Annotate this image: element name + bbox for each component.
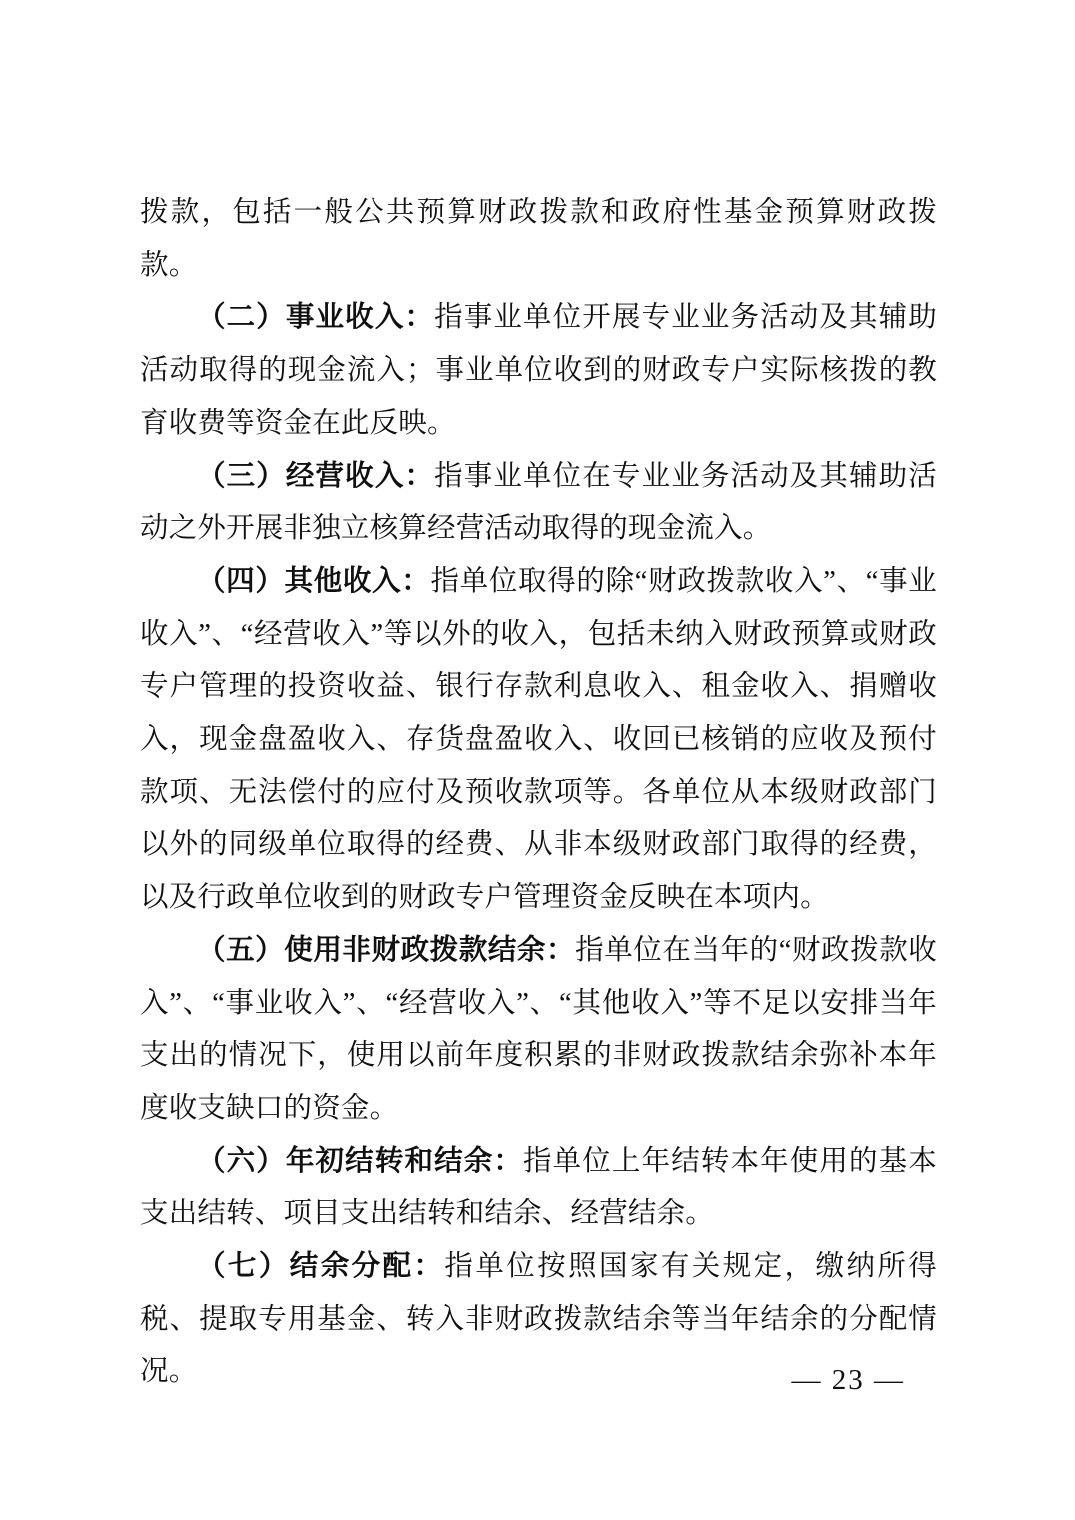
page-footer: — 23 — <box>792 1363 906 1397</box>
term-heading: （二）事业收入： <box>197 302 434 333</box>
term-definition: 指单位取得的除“财政拨款收入”、“事业收入”、“经营收入”等以外的收入，包括未纳… <box>140 566 937 913</box>
paragraph: （二）事业收入：指事业单位开展专业业务活动及其辅助活动取得的现金流入；事业单位收… <box>140 292 937 450</box>
page-number: — 23 — <box>792 1364 906 1396</box>
term-heading: （五）使用非财政拨款结余： <box>197 935 575 966</box>
paragraph: （五）使用非财政拨款结余：指单位在当年的“财政拨款收入”、“事业收入”、“经营收… <box>140 925 937 1136</box>
document-page: 拨款，包括一般公共预算财政拨款和政府性基金预算财政拨款。 （二）事业收入：指事业… <box>0 0 1075 1520</box>
document-body: 拨款，包括一般公共预算财政拨款和政府性基金预算财政拨款。 （二）事业收入：指事业… <box>140 187 937 1399</box>
paragraph: （三）经营收入：指事业单位在专业业务活动及其辅助活动之外开展非独立核算经营活动取… <box>140 451 937 556</box>
term-heading: （四）其他收入： <box>197 566 431 597</box>
term-heading: （七）结余分配： <box>197 1251 444 1282</box>
term-heading: （三）经营收入： <box>197 461 434 492</box>
paragraph-text: 拨款，包括一般公共预算财政拨款和政府性基金预算财政拨款。 <box>140 197 937 281</box>
paragraph: （四）其他收入：指单位取得的除“财政拨款收入”、“事业收入”、“经营收入”等以外… <box>140 556 937 925</box>
paragraph: （六）年初结转和结余：指单位上年结转本年使用的基本支出结转、项目支出结转和结余、… <box>140 1136 937 1241</box>
paragraph: 拨款，包括一般公共预算财政拨款和政府性基金预算财政拨款。 <box>140 187 937 292</box>
term-heading: （六）年初结转和结余： <box>197 1146 523 1177</box>
